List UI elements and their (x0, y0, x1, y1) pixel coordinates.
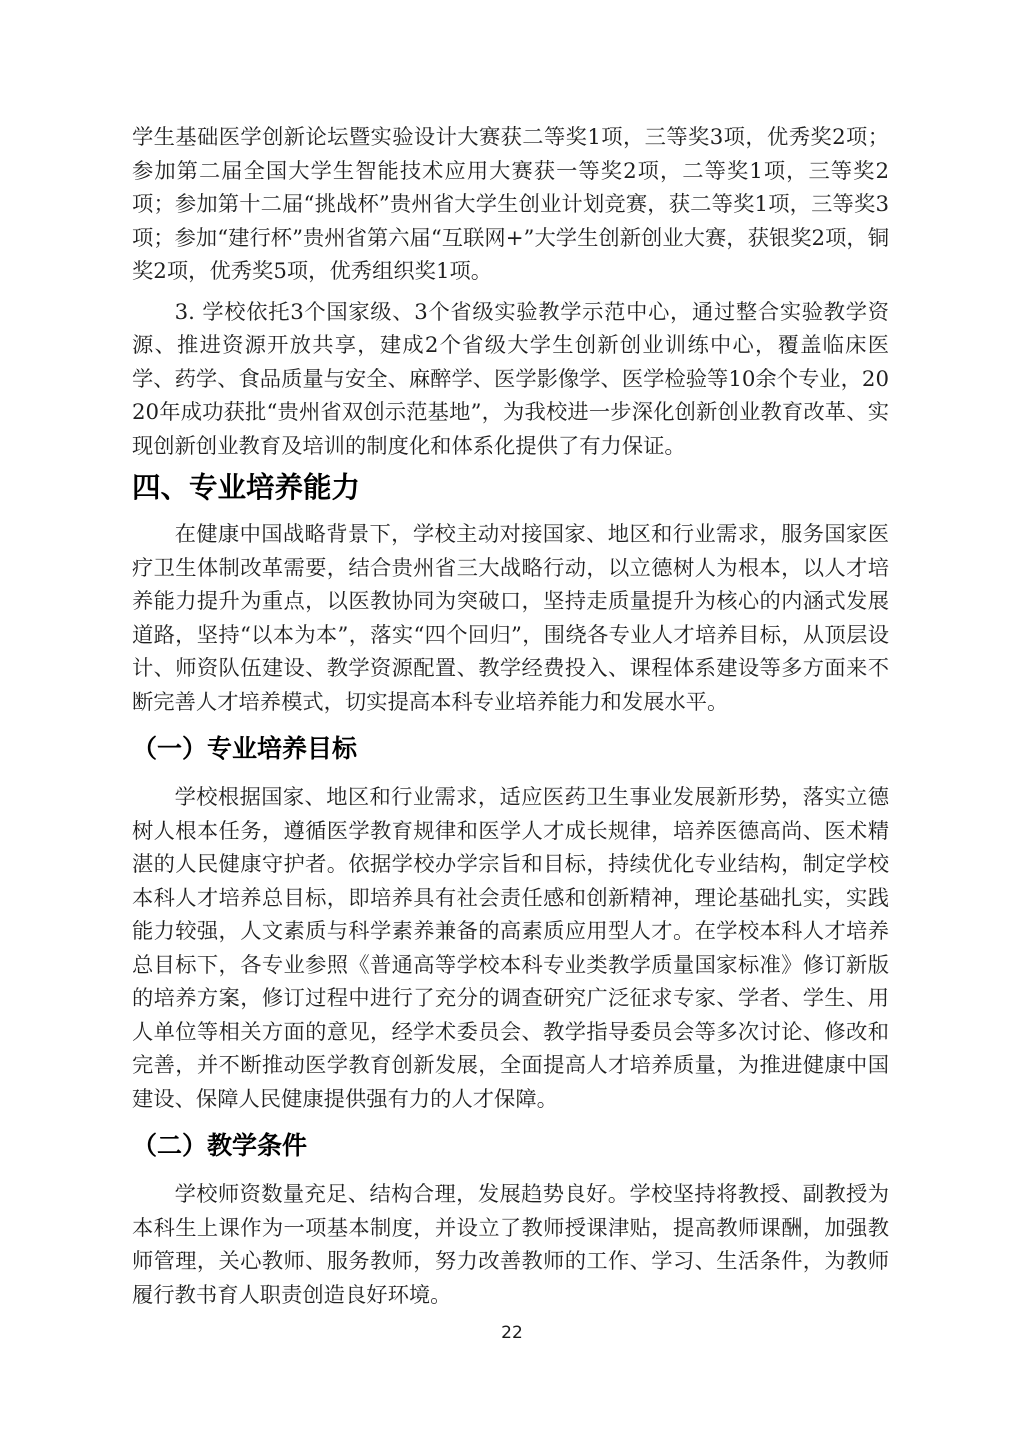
paragraph-item-3-demo-centers: 3. 学校依托3个国家级、3个省级实验教学示范中心，通过整合实验教学资源、推进资… (132, 296, 889, 464)
document-body: 学生基础医学创新论坛暨实验设计大赛获二等奖1项，三等奖3项，优秀奖2项；参加第二… (132, 121, 889, 1312)
paragraph-strategy-overview: 在健康中国战略背景下，学校主动对接国家、地区和行业需求，服务国家医疗卫生体制改革… (132, 518, 889, 719)
subsection-heading-1-training-goals: （一）专业培养目标 (132, 730, 889, 767)
page-number: 22 (0, 1323, 1024, 1343)
subsection-heading-2-teaching-conditions: （二）教学条件 (132, 1127, 889, 1164)
document-page: 学生基础医学创新论坛暨实验设计大赛获二等奖1项，三等奖3项，优秀奖2项；参加第二… (0, 0, 1024, 1448)
paragraph-teaching-conditions: 学校师资数量充足、结构合理，发展趋势良好。学校坚持将教授、副教授为本科生上课作为… (132, 1178, 889, 1312)
paragraph-training-goals: 学校根据国家、地区和行业需求，适应医药卫生事业发展新形势，落实立德树人根本任务，… (132, 781, 889, 1116)
paragraph-competition-awards: 学生基础医学创新论坛暨实验设计大赛获二等奖1项，三等奖3项，优秀奖2项；参加第二… (132, 121, 889, 289)
section-heading-4-training-capability: 四、专业培养能力 (132, 468, 889, 508)
